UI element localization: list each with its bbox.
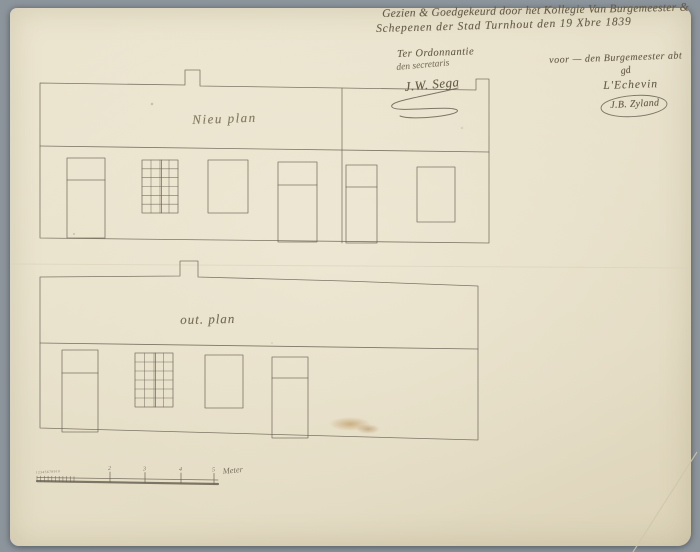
old-plan-elevation-window: [205, 355, 243, 408]
right-attestation-paraph: gd: [620, 65, 631, 77]
horizontal-fold-crease: [12, 264, 689, 268]
old-plan-label: out. plan: [180, 311, 236, 328]
corner-fold-crease: [633, 452, 697, 552]
scale-bar-major-label: 4: [179, 466, 182, 473]
new-plan-label: Nieu plan: [192, 110, 257, 128]
old-plan-elevation-door: [272, 357, 308, 438]
scale-bar-unit-label: Meter: [221, 464, 244, 476]
right-attestation-line2: L'Echevin: [603, 78, 658, 92]
scale-bar-major-label: 2: [108, 466, 111, 472]
scale-bar-baseline: [37, 478, 218, 481]
new-plan-elevation-door: [346, 165, 377, 243]
new-plan-elevation-cornice-line: [40, 146, 489, 152]
new-plan-elevation-window: [417, 167, 455, 222]
scale-bar-minor-digits: 12345678910: [36, 469, 61, 474]
old-plan-elevation-outline: [40, 261, 478, 440]
new-plan-elevation-door: [67, 158, 105, 238]
scale-bar-major-label: 3: [142, 466, 146, 472]
new-plan-elevation-window: [208, 160, 248, 213]
old-plan-elevation-door: [62, 350, 98, 432]
elevation-drawing: 234512345678910Meter: [0, 0, 700, 552]
scale-bar-heavy-line: [37, 481, 218, 484]
new-plan-elevation-door: [278, 162, 317, 242]
old-plan-elevation-cornice-line: [40, 343, 478, 349]
scale-bar-major-label: 5: [212, 467, 215, 473]
